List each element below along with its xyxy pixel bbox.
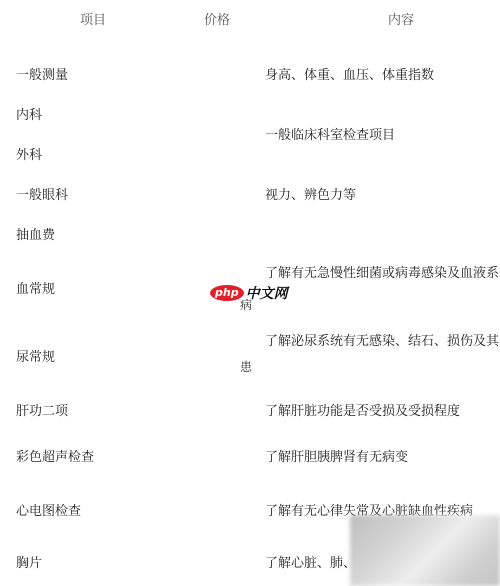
content-cell: 身高、体重、血压、体重指数 bbox=[265, 64, 434, 83]
item-cell: 心电图检查 bbox=[16, 500, 81, 519]
merged-content-cell: 一般临床科室检查项目 bbox=[265, 124, 395, 143]
item-cell: 胸片 bbox=[16, 552, 42, 571]
item-cell: 尿常规 bbox=[16, 346, 55, 365]
header-content: 内容 bbox=[388, 9, 414, 28]
logo-text: 中文网 bbox=[246, 283, 288, 303]
content-cell: 了解肝胆胰脾肾有无病变 bbox=[265, 446, 408, 465]
header-price: 价格 bbox=[204, 9, 230, 28]
php-cn-watermark-logo: php 中文网 bbox=[210, 283, 288, 303]
item-cell: 抽血费 bbox=[16, 224, 55, 243]
item-cell: 血常规 bbox=[16, 278, 55, 297]
item-cell: 一般眼科 bbox=[16, 184, 68, 203]
item-cell: 肝功二项 bbox=[16, 400, 68, 419]
content-cell: 了解心脏、肺、 bbox=[265, 552, 356, 571]
item-cell: 外科 bbox=[16, 144, 42, 163]
blurred-watermark-region bbox=[350, 515, 500, 586]
php-logo-icon: php bbox=[210, 285, 244, 301]
content-cell: 了解肝脏功能是否受损及受损程度 bbox=[265, 400, 460, 419]
item-cell: 一般测量 bbox=[16, 64, 68, 83]
content-cell: 了解泌尿系统有无感染、结石、损伤及其 bbox=[265, 330, 500, 349]
content-cell: 了解有无急慢性细菌或病毒感染及血液系 bbox=[265, 262, 500, 281]
header-item: 项目 bbox=[80, 9, 106, 28]
overflow-fragment: 患 bbox=[240, 358, 252, 375]
content-cell: 视力、辨色力等 bbox=[265, 184, 356, 203]
item-cell: 彩色超声检查 bbox=[16, 446, 94, 465]
item-cell: 内科 bbox=[16, 104, 42, 123]
